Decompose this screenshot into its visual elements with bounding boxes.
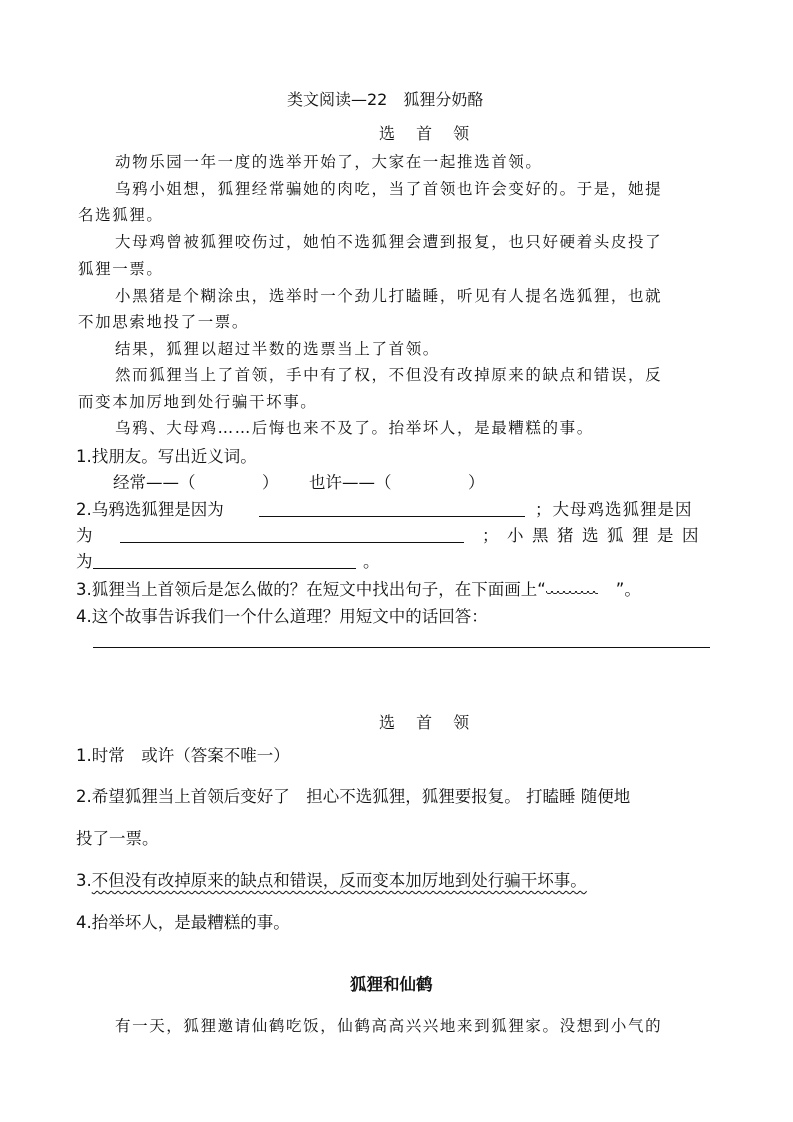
story-title: 选 首 领 — [379, 121, 477, 144]
wavy-underline-mark-icon — [546, 591, 598, 597]
answer-blank-pig[interactable] — [93, 568, 356, 569]
answer-1: 1.时常 或许（答案不唯一） — [76, 742, 290, 766]
paragraph: 乌鸦、大母鸡……后悔也来不及了。抬举坏人，是最糟糕的事。 — [115, 416, 594, 438]
answer-2-line2: 投了一票。 — [76, 825, 159, 849]
question-1-close1: ） — [262, 469, 279, 493]
question-2-line1-suffix: ；大母鸡选狐狸是因 — [535, 496, 693, 520]
question-2-line1-prefix: 2.乌鸦选狐狸是因为 — [76, 496, 224, 520]
paragraph-continuation: 狐狸一票。 — [78, 257, 164, 279]
answer-4: 4.抬举坏人，是最糟糕的事。 — [76, 909, 290, 933]
answer-blank-hen[interactable] — [120, 542, 464, 543]
question-2-line3-prefix: 为 — [76, 548, 93, 572]
paragraph: 动物乐园一年一度的选举开始了，大家在一起推选首领。 — [115, 150, 543, 172]
paragraph-continuation: 而变本加厉地到处行骗干坏事。 — [78, 390, 317, 412]
question-1-label: 1.找朋友。写出近义词。 — [76, 443, 257, 467]
question-1-word2: 也许——（ — [309, 469, 392, 493]
paragraph-continuation: 名选狐狸。 — [78, 203, 164, 225]
answer-2-line1: 2.希望狐狸当上首领后变好了 担心不选狐狸，狐狸要报复。 打瞌睡 随便地 — [76, 783, 630, 807]
question-1-word1: 经常——（ — [113, 469, 196, 493]
question-4-text: 4.这个故事告诉我们一个什么道理？用短文中的话回答： — [76, 603, 488, 627]
answer-3-number: 3. — [76, 871, 92, 890]
question-3-text: 3.狐狸当上首领后是怎么做的？在短文中找出句子，在下面画上“”。 — [76, 576, 641, 600]
paragraph: 结果，狐狸以超过半数的选票当上了首领。 — [115, 337, 440, 359]
answer-3: 3.不但没有改掉原来的缺点和错误，反而变本加厉地到处行骗干坏事。 — [76, 867, 587, 891]
answer-3-sentence: 不但没有改掉原来的缺点和错误，反而变本加厉地到处行骗干坏事。 — [92, 871, 587, 890]
paragraph: 乌鸦小姐想，狐狸经常骗她的肉吃，当了首领也许会变好的。于是，她提 — [115, 177, 662, 199]
paragraph: 小黑猪是个糊涂虫，选举时一个劲儿打瞌睡，听见有人提名选狐狸，也就 — [115, 284, 662, 306]
page-title: 类文阅读—22 狐狸分奶酪 — [287, 87, 483, 110]
question-2-line2-suffix: ；小黑猪选狐狸是因 — [482, 522, 707, 546]
paragraph: 然而狐狸当上了首领，手中有了权，不但没有改掉原来的缺点和错误，反 — [115, 363, 662, 385]
answers-title: 选 首 领 — [379, 710, 477, 733]
question-3-prompt: 3.狐狸当上首领后是怎么做的？在短文中找出句子，在下面画上“ — [76, 580, 546, 599]
question-2-line2-prefix: 为 — [76, 522, 93, 546]
question-1-close2: ） — [468, 469, 485, 493]
next-story-title: 狐狸和仙鹤 — [350, 971, 433, 995]
next-story-first-line: 有一天，狐狸邀请仙鹤吃饭，仙鹤高高兴兴地来到狐狸家。没想到小气的 — [115, 1014, 662, 1036]
paragraph-continuation: 不加思索地投了一票。 — [78, 310, 249, 332]
answer-line-q4[interactable] — [93, 647, 710, 648]
answer-blank-crow[interactable] — [259, 516, 525, 517]
question-3-close: ”。 — [616, 580, 641, 599]
paragraph: 大母鸡曾被狐狸咬伤过，她怕不选狐狸会遭到报复，也只好硬着头皮投了 — [115, 230, 662, 252]
question-2-line3-suffix: 。 — [363, 548, 380, 572]
